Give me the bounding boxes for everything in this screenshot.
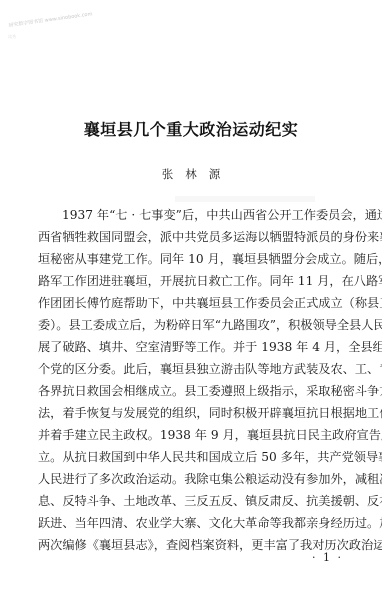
text-line: 展了破路、填井、空室清野等工作。并于 1938 年 4 月，全县组建了 3 [38, 336, 358, 358]
watermark-subtext: 读秀 [8, 34, 16, 40]
text-line: 作团团长傅竹庭帮助下，中共襄垣县工作委员会正式成立（称县工 [38, 292, 358, 314]
scan-bleed-through [175, 196, 315, 202]
watermark: 研究数字图书馆 www.sinobook.com [8, 10, 93, 29]
text-line: 各界抗日救国会相继成立。县工委遵照上级指示，采取秘密斗争方 [38, 380, 358, 402]
text-line: 1937 年“七 · 七事变”后，中共山西省公开工作委员会，通过山 [38, 204, 358, 226]
text-line: 法，着手恢复与发展党的组织，同时积极开辟襄垣抗日根据地工作， [38, 402, 358, 424]
text-line: 并着手建立民主政权。1938 年 9 月，襄垣县抗日民主政府宣告成 [38, 424, 358, 446]
text-line: 个党的区分委。此后，襄垣县独立游击队等地方武装及农、工、青、妇 [38, 358, 358, 380]
text-line: 路军工作团进驻襄垣，开展抗日救亡工作。同年 11 月，在八路军工 [38, 270, 358, 292]
text-line: 委）。县工委成立后，为粉碎日军“九路围攻”，积极领导全县人民开 [38, 314, 358, 336]
text-line: 立。从抗日救国到中华人民共和国成立后 50 多年，共产党领导襄垣 [38, 446, 358, 468]
text-line: 两次编修《襄垣县志》，查阅档案资料，更丰富了我对历次政治运动 [38, 534, 358, 556]
text-line: 跃进、当年四清、农业学大寨、文化大革命等我都亲身经历过。加上 [38, 512, 358, 534]
text-line: 西省牺牲救国同盟会，派中共党员多运海以牺盟特派员的身份来襄 [38, 226, 358, 248]
article-author: 张林源 [0, 166, 382, 182]
text-line: 息、反特斗争、土地改革、三反五反、镇反肃反、抗美援朝、反右派、大 [38, 490, 358, 512]
article-body: 1937 年“七 · 七事变”后，中共山西省公开工作委员会，通过山 西省牺牲救国… [38, 204, 358, 556]
text-line: 人民进行了多次政治运动。我除屯集公粮运动没有参加外，减租减 [38, 468, 358, 490]
article-title: 襄垣县几个重大政治运动纪实 [0, 117, 382, 140]
text-line: 垣秘密从事建党工作。同年 10 月，襄垣县牺盟分会成立。随后，八 [38, 248, 358, 270]
page-number: · 1 · [312, 551, 343, 564]
